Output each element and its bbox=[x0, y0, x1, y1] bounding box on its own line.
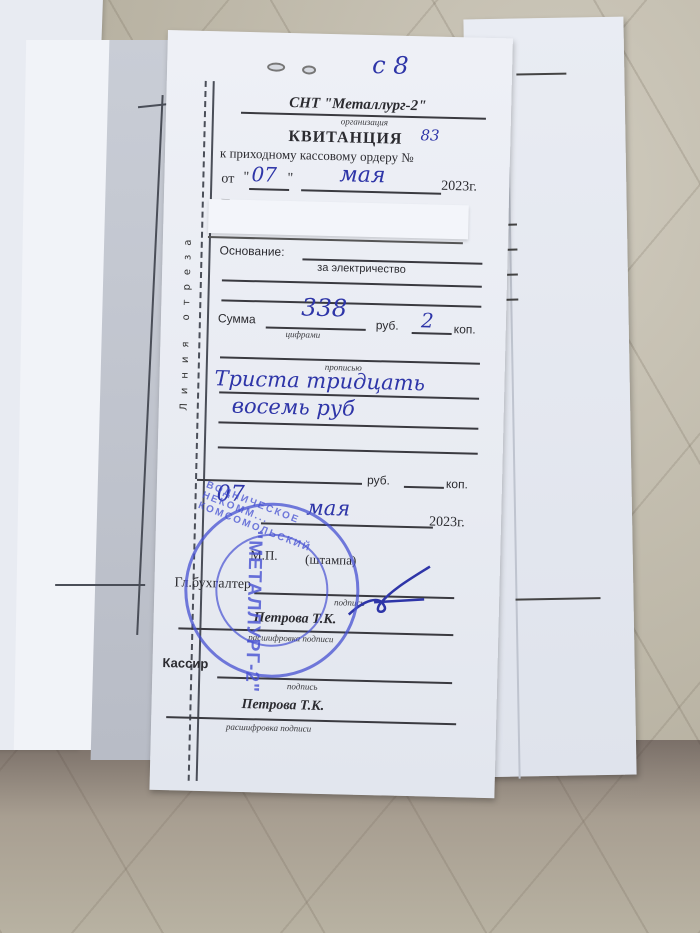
sum-in-words-line2: восемь руб bbox=[232, 394, 356, 421]
cashier-signature-caption: подпись bbox=[287, 681, 318, 692]
rule bbox=[249, 188, 289, 190]
staple bbox=[267, 62, 285, 71]
rule bbox=[301, 189, 441, 194]
receipt-body: c 8 СНТ "Металлург-2" организация КВИТАН… bbox=[204, 31, 502, 798]
rule bbox=[218, 421, 478, 429]
organization-name: СНТ "Металлург-2" bbox=[289, 95, 427, 115]
stub-rule bbox=[516, 597, 601, 600]
date-month: мая bbox=[339, 162, 386, 188]
rule bbox=[221, 299, 481, 307]
cashier-label: Кассир bbox=[162, 655, 208, 671]
basis-value: за электричество bbox=[317, 262, 406, 276]
stub-rule bbox=[516, 73, 566, 75]
receipt-title: КВИТАНЦИЯ bbox=[288, 128, 402, 149]
cut-line-label: Линия отреза bbox=[179, 230, 194, 410]
second-kop-label: коп. bbox=[446, 477, 468, 492]
sum-kopecks: 2 bbox=[421, 308, 434, 332]
date-day: 07 bbox=[251, 162, 277, 187]
staple bbox=[302, 65, 316, 74]
date-year: 2023г. bbox=[441, 179, 477, 196]
rule bbox=[404, 486, 444, 488]
organization-caption: организация bbox=[341, 116, 388, 127]
page-rule bbox=[55, 584, 145, 586]
second-rub-label: руб. bbox=[367, 473, 390, 488]
rule bbox=[412, 332, 452, 334]
date2-year: 2023г. bbox=[429, 515, 465, 532]
rule bbox=[218, 446, 478, 454]
top-handwritten-mark: c 8 bbox=[372, 51, 409, 80]
sum-rubles: 338 bbox=[301, 293, 347, 322]
sum-in-words-line1: Триста тридцать bbox=[214, 366, 425, 395]
digits-caption: цифрами bbox=[285, 329, 320, 340]
basis-label: Основание: bbox=[219, 243, 284, 259]
date-prefix: от bbox=[221, 171, 234, 187]
cashier-name: Петрова Т.К. bbox=[241, 697, 324, 715]
round-stamp: "МЕТАЛЛУРГ-2" ВОДНИЧЕСКОЕ НЕКОММ... КОМС… bbox=[182, 501, 361, 680]
sum-label: Сумма bbox=[218, 311, 256, 326]
receipt-number: 83 bbox=[420, 126, 440, 144]
redaction-strip bbox=[208, 199, 469, 239]
receipt: Линия отреза c 8 СНТ "Металлург-2" орган… bbox=[149, 30, 512, 798]
kop-label: коп. bbox=[454, 322, 476, 337]
stamp-center-text: "МЕТАЛЛУРГ-2" bbox=[240, 530, 266, 693]
cashier-decryption-caption: расшифровка подписи bbox=[226, 722, 311, 734]
rub-label: руб. bbox=[376, 318, 399, 333]
rule bbox=[222, 279, 482, 287]
